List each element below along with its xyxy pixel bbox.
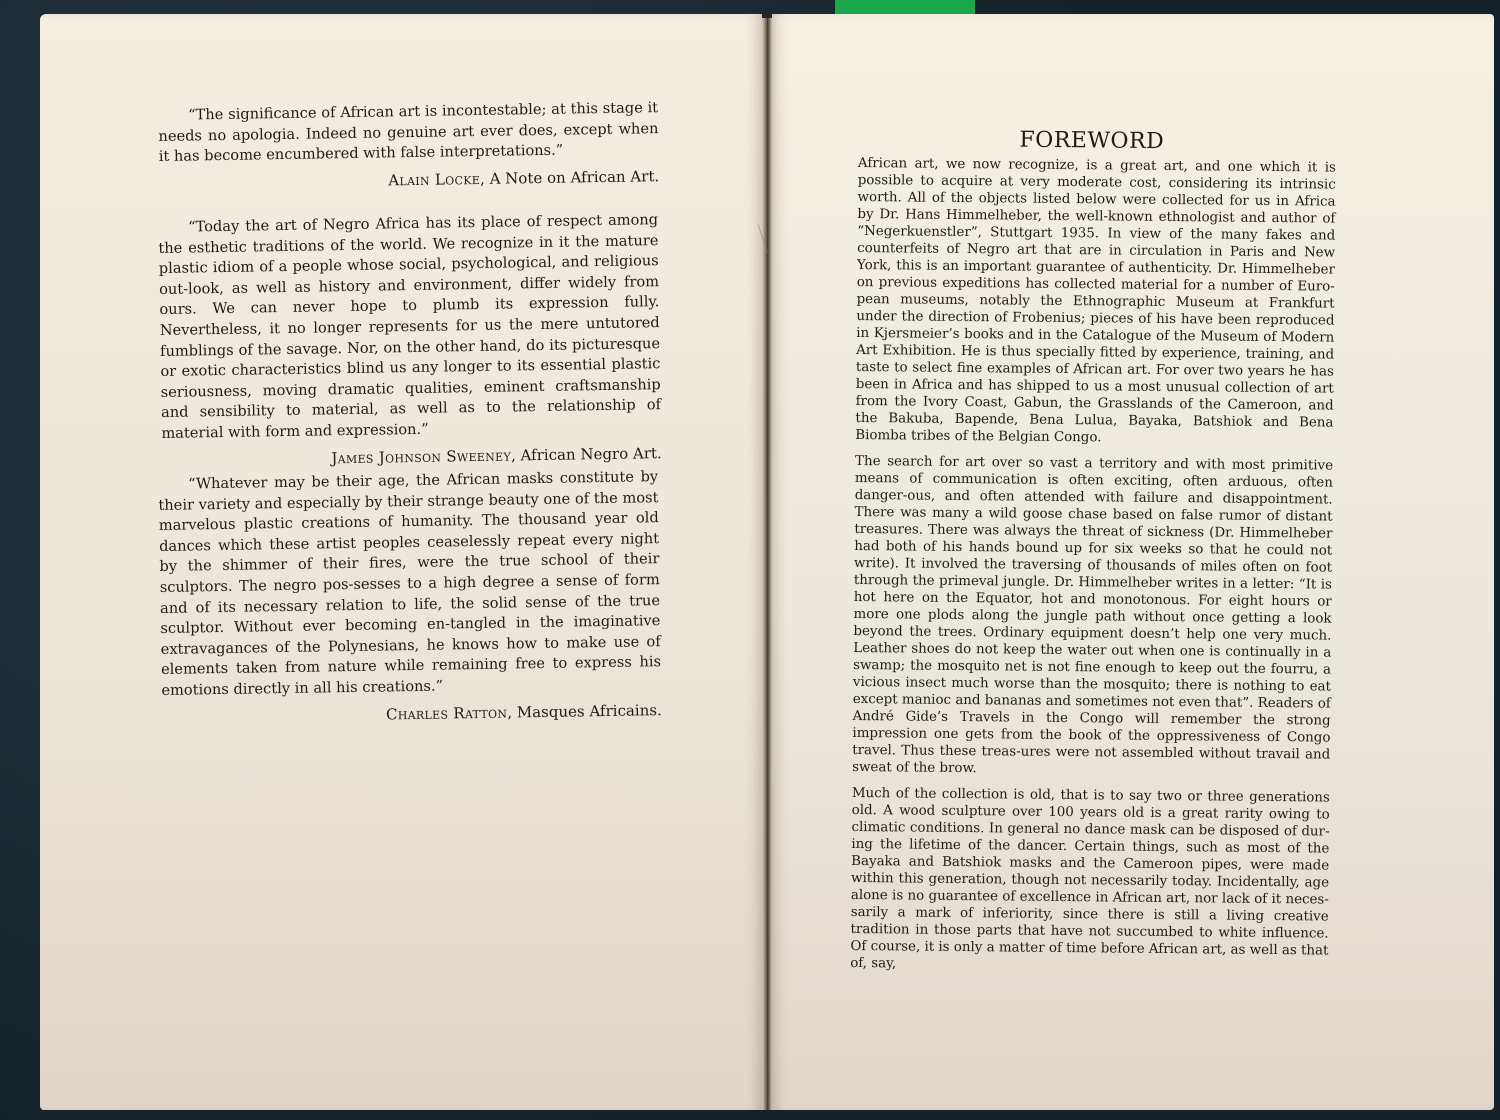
- foreword-paragraph: African art, we now recognize, is a grea…: [855, 155, 1336, 449]
- quote-author: Charles Ratton: [386, 703, 508, 723]
- foreword-paragraph: The search for art over so vast a territ…: [852, 453, 1333, 781]
- quote-source: , African Negro Art.: [511, 444, 662, 464]
- quote-source: , Masques Africains.: [507, 701, 662, 721]
- quote-text: “Today the art of Negro Africa has its p…: [158, 210, 661, 444]
- foreword-paragraph: Much of the collection is old, that is t…: [850, 785, 1330, 977]
- quote-ratton: “Whatever may be their age, the African …: [158, 467, 662, 728]
- quote-locke: “The significance of African art is inco…: [158, 98, 659, 194]
- right-page: FOREWORD African art, we now recognize, …: [772, 14, 1494, 1110]
- quote-attribution: Alain Locke, A Note on African Art.: [159, 166, 659, 194]
- book-spine-gutter: [762, 18, 772, 1110]
- quote-source: , A Note on African Art.: [480, 167, 659, 188]
- quote-sweeney: “Today the art of Negro Africa has its p…: [158, 210, 662, 471]
- quote-author: James Johnson Sweeney: [331, 446, 511, 467]
- quote-author: Alain Locke: [388, 170, 480, 189]
- quote-text: “The significance of African art is inco…: [158, 98, 659, 168]
- quote-text: “Whatever may be their age, the African …: [158, 467, 661, 701]
- quote-attribution: Charles Ratton, Masques Africains.: [162, 700, 662, 728]
- page-title: FOREWORD: [862, 126, 1322, 156]
- quote-attribution: James Johnson Sweeney, African Negro Art…: [162, 443, 662, 471]
- foreword-body: African art, we now recognize, is a grea…: [850, 155, 1336, 986]
- left-page: “The significance of African art is inco…: [40, 14, 762, 1110]
